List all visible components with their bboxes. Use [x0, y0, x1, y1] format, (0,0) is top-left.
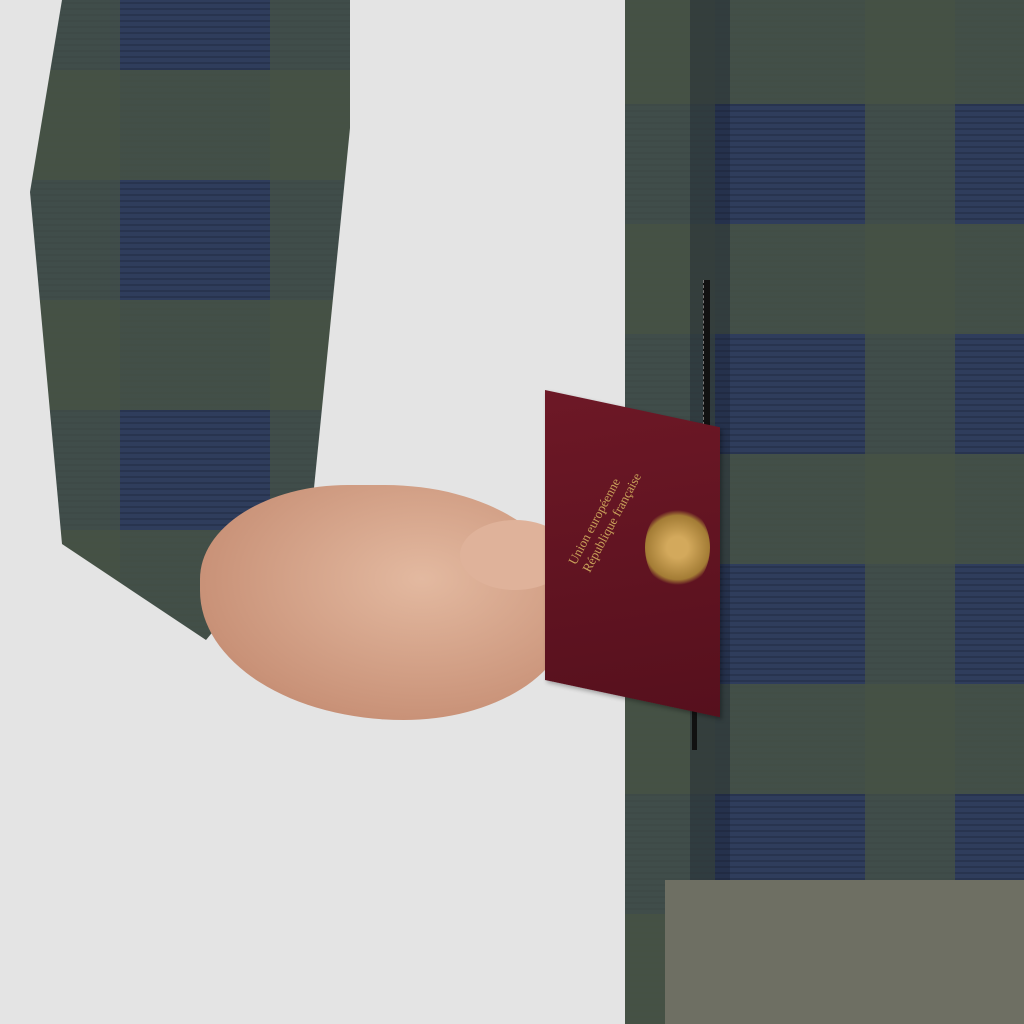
photo-scene: Union européenne République française	[0, 0, 1024, 1024]
coat-of-arms-icon	[645, 505, 710, 590]
pants	[665, 880, 1024, 1024]
pocket-zipper	[703, 280, 710, 430]
